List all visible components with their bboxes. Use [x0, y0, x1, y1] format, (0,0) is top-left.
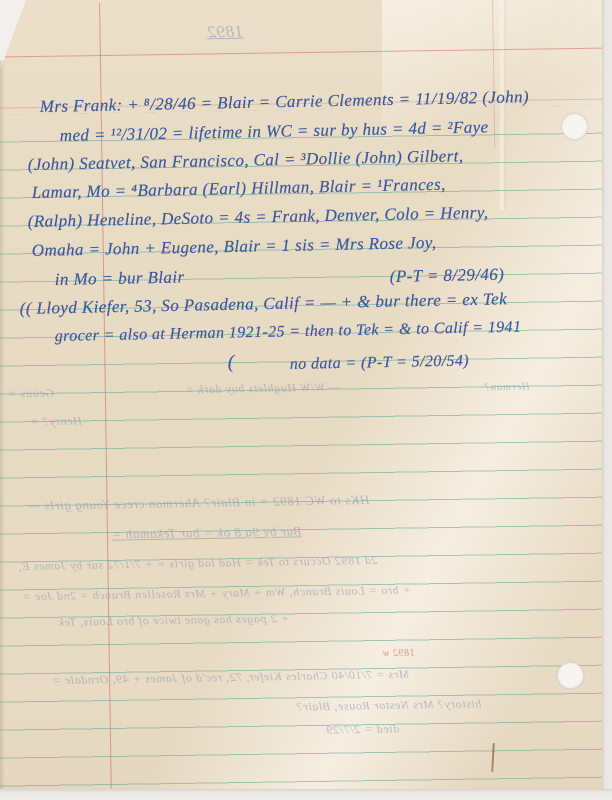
handwriting-line: med = ¹²/31/02 = lifetime in WC = sur by… — [60, 117, 489, 146]
handwriting-line: (P-T = 8/29/46) — [390, 265, 505, 287]
red-header-rule — [0, 47, 602, 58]
paper-right-edge — [602, 0, 612, 800]
handwriting-line: ( — [228, 352, 235, 374]
punch-hole — [557, 662, 584, 689]
bleedthrough-line: Geous = — [8, 386, 54, 402]
punch-hole — [561, 113, 588, 140]
handwriting-line: no data = (P-T = 5/20/54) — [290, 352, 470, 374]
paper-left-edge-shadow — [0, 60, 5, 800]
handwriting-line: (Ralph) Heneline, DeSoto = 4s = Frank, D… — [28, 203, 489, 232]
bleedthrough-line: died = 2/7/29 — [326, 721, 399, 737]
bleedthrough-line: — W/W Hughlets buy dark = — [185, 380, 340, 398]
bleedthrough-line: 2d 1892 Occurs to Tek = Had lad girls = … — [18, 553, 378, 574]
handwriting-line: grocer = also at Herman 1921-25 = then t… — [55, 319, 522, 346]
bleedthrough-line: HKs to WC 1892 = in Blair? Aherman crece… — [28, 492, 370, 514]
handwriting-line: Lamar, Mo = ⁴Barbara (Earl) Hillman, Bla… — [32, 175, 446, 203]
handwriting-line: (John) Seatvet, San Francisco, Cal = ³Do… — [28, 146, 464, 175]
handwriting-line: in Mo = bur Blair — [55, 267, 185, 290]
handwriting-line: Omaha = John + Eugene, Blair = 1 sis = M… — [32, 233, 437, 261]
notebook-paper: 1892Geous =— W/W Hughlets buy dark =Herm… — [0, 0, 602, 789]
red-margin-bleedthrough — [492, 0, 495, 147]
bleedthrough-line: Mrs = 7/10/40 Charles Kiefer, 72, rec'd … — [52, 667, 409, 688]
stain-mark — [491, 743, 495, 772]
bleedthrough-line: 1892 w — [382, 648, 415, 660]
bleedthrough-line: history? Mrs Nestor Rouse, Blair? — [296, 696, 482, 714]
bleedthrough-line: Herman? — [484, 381, 530, 394]
scanned-page: 1892Geous =— W/W Hughlets buy dark =Herm… — [0, 0, 612, 800]
handwriting-line: (( Lloyd Kiefer, 53, So Pasadena, Calif … — [20, 289, 508, 319]
handwriting-line: Mrs Frank: + ⁸/28/46 = Blair = Carrie Cl… — [40, 87, 530, 117]
bleedthrough-line: + 2 pages has gone twice of bro Louis, T… — [58, 611, 289, 630]
bleedthrough-line: 1892 — [207, 22, 244, 43]
bleedthrough-line: Henry? = — [30, 414, 82, 430]
bleedthrough-line: Bur by 9g 8 ok = bur Tekamah = — [112, 523, 302, 542]
bleedthrough-line: + bro = Louis Branch, Wm + Mary + Mrs Ro… — [22, 583, 411, 605]
paper-bottom-edge — [0, 789, 612, 800]
